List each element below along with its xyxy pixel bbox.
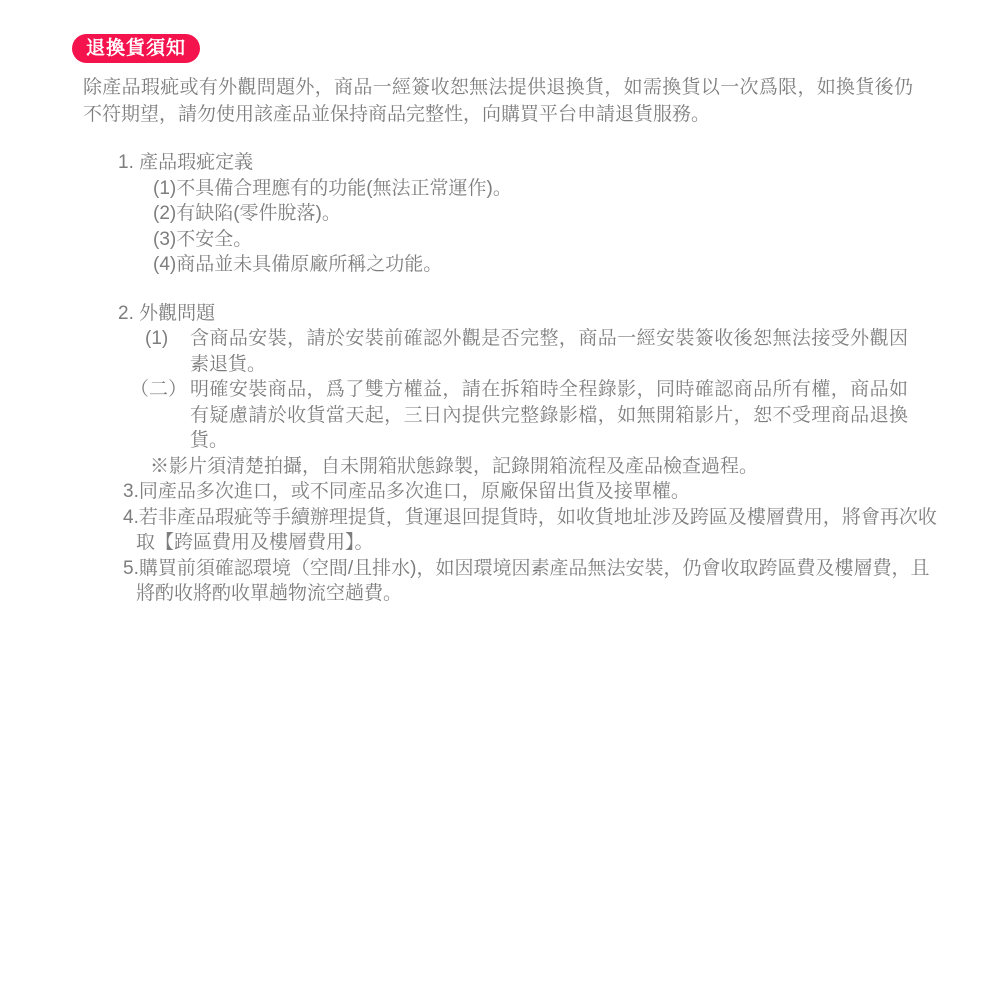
rule-item-3: 3.同產品多次進口，或不同產品多次進口，原廠保留出貨及接單權。 (123, 479, 938, 505)
appearance-item-1: (1) 含商品安裝，請於安裝前確認外觀是否完整，商品一經安裝簽收後恕無法接受外觀… (145, 326, 1000, 377)
rule-item-5: 5.購買前須確認環境（空間/且排水)，如因環境因素產品無法安裝，仍會收取跨區費及… (123, 556, 938, 607)
defect-item-1: (1)不具備合理應有的功能(無法正常運作)。 (153, 176, 1000, 202)
rule-item-4: 4.若非產品瑕疵等手續辦理提貨，貨運退回提貨時，如收貨地址涉及跨區及樓層費用，將… (123, 505, 938, 556)
appearance-item-1-marker: (1) (145, 326, 190, 377)
appearance-item-2-text: 明確安裝商品，爲了雙方權益，請在拆箱時全程錄影，同時確認商品所有權，商品如有疑慮… (190, 377, 908, 454)
defect-section-heading: 1. 產品瑕疵定義 (118, 150, 1000, 176)
return-policy-document: 退換貨須知 除產品瑕疵或有外觀問題外，商品一經簽收恕無法提供退換貨，如需換貨以一… (0, 0, 1000, 607)
defect-item-2: (2)有缺陷(零件脫落)。 (153, 201, 1000, 227)
section-defect-definition: 1. 產品瑕疵定義 (1)不具備合理應有的功能(無法正常運作)。 (2)有缺陷(… (0, 150, 1000, 278)
appearance-item-2: （二） 明確安裝商品，爲了雙方權益，請在拆箱時全程錄影，同時確認商品所有權，商品… (130, 377, 1000, 454)
section-appearance: 2. 外觀問題 (1) 含商品安裝，請於安裝前確認外觀是否完整，商品一經安裝簽收… (0, 301, 1000, 480)
video-recording-note: ※影片須清楚拍攝，自未開箱狀態錄製，記錄開箱流程及產品檢查過程。 (150, 454, 1000, 480)
appearance-section-heading: 2. 外觀問題 (118, 301, 1000, 327)
intro-paragraph: 除產品瑕疵或有外觀問題外，商品一經簽收恕無法提供退換貨，如需換貨以一次爲限，如換… (83, 74, 913, 128)
defect-item-4: (4)商品並未具備原廠所稱之功能。 (153, 252, 1000, 278)
appearance-item-1-text: 含商品安裝，請於安裝前確認外觀是否完整，商品一經安裝簽收後恕無法接受外觀因素退貨… (190, 326, 908, 377)
appearance-item-2-marker: （二） (130, 377, 190, 454)
notice-title-badge: 退換貨須知 (72, 34, 200, 63)
defect-item-3: (3)不安全。 (153, 227, 1000, 253)
